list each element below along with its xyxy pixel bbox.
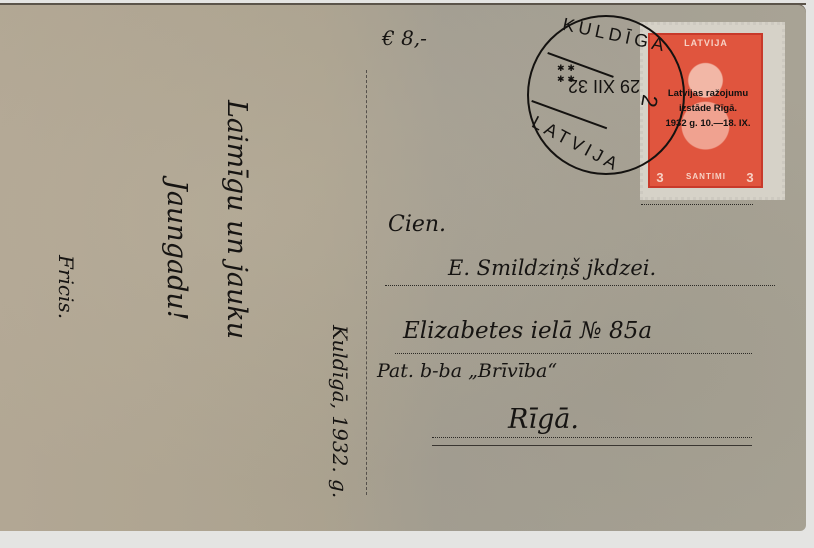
recipient-name: E. Smildziņš jkdzei. (448, 256, 656, 280)
city: Rīgā. (508, 404, 579, 435)
message-line-2: Jaungadu! (161, 180, 192, 321)
institution: Pat. b-ba „Brīvība“ (377, 360, 557, 382)
stamp-value-right: 3 (742, 170, 758, 186)
message-address-divider (366, 70, 367, 495)
stamp-value-left: 3 (652, 170, 668, 186)
postmark-date: 29 XII 32 (568, 75, 640, 96)
address-line-2 (395, 353, 752, 354)
salutation: Cien. (388, 212, 446, 237)
stamp-currency: SANTIMI (676, 172, 736, 181)
address-line-3 (432, 437, 752, 438)
stamp-country: LATVIJA (664, 38, 748, 48)
price-note: € 8,- (382, 26, 427, 50)
address-line-1 (385, 285, 775, 286)
message-signature: Fricis. (54, 255, 78, 319)
address-underline (432, 445, 752, 446)
postmark-stars-icon: ✱ ✱✱ ✱ (557, 64, 575, 86)
message-line-1: Laimīgu un jauku (221, 100, 252, 339)
address-line-0 (641, 204, 753, 205)
postcard-top-edge (0, 3, 806, 5)
place-date: Kuldīgā, 1932. g. (328, 325, 352, 498)
street-address: Elizabetes ielā № 85a (403, 318, 652, 344)
